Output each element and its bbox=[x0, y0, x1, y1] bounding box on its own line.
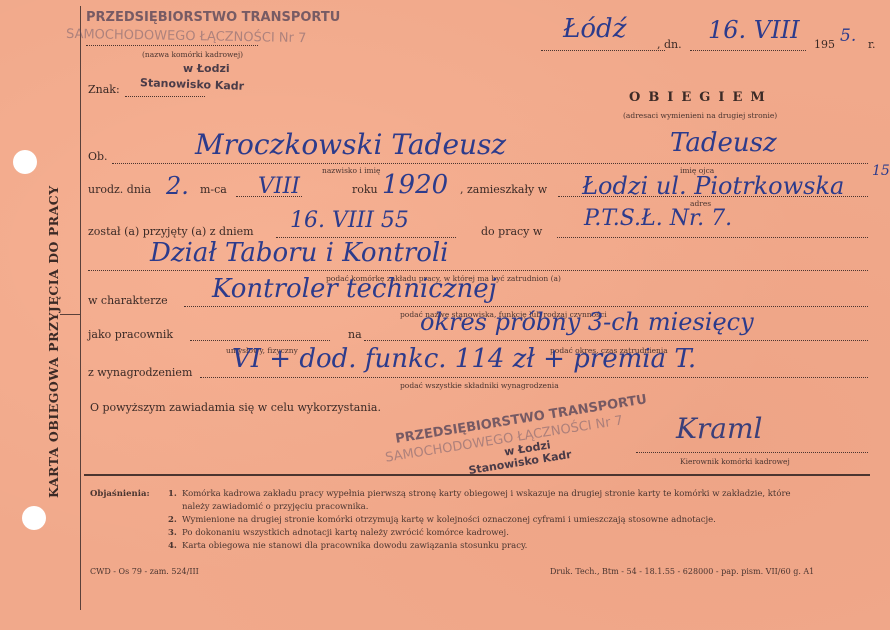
workplace-label: do pracy w bbox=[481, 225, 542, 238]
role-label: w charakterze bbox=[88, 294, 168, 307]
born-year-value: 1920 bbox=[382, 170, 448, 200]
note-number: 1. bbox=[168, 488, 182, 501]
unit-name-line bbox=[86, 45, 258, 46]
father-name-value: Tadeusz bbox=[670, 128, 777, 158]
routing-title: OBIEGIEM bbox=[629, 90, 773, 105]
hired-date-value: 16. VIII 55 bbox=[290, 208, 409, 233]
department-line bbox=[88, 270, 868, 271]
year-suffix: r. bbox=[868, 38, 876, 51]
salary-value: VI + dod. funkc. 114 zł + premia T. bbox=[232, 344, 696, 374]
period-line bbox=[364, 340, 868, 341]
note-item: 4. Karta obiegowa nie stanowi dla pracow… bbox=[90, 540, 872, 553]
note-text: Po dokonaniu wszystkich adnotacji kartę … bbox=[182, 527, 872, 540]
notes-heading: Objaśnienia: bbox=[90, 488, 168, 501]
routing-subtitle: (adresaci wymienieni na drugiej stronie) bbox=[623, 111, 777, 120]
period-value: okres próbny 3-ch miesięcy bbox=[420, 308, 754, 336]
salary-caption: podać wszystkie składniki wynagrodzenia bbox=[400, 381, 559, 390]
note-number: 4. bbox=[168, 540, 182, 553]
role-value: Kontroler technicznej bbox=[212, 274, 497, 304]
sign-field bbox=[125, 96, 205, 97]
city-value: Łódź bbox=[563, 14, 626, 44]
note-number: 2. bbox=[168, 514, 182, 527]
workplace-value: P.T.S.Ł. Nr. 7. bbox=[584, 206, 732, 231]
born-day-value: 2. bbox=[166, 172, 189, 200]
divider bbox=[84, 474, 870, 476]
note-text: należy zawiadomić o przyjęciu pracownika… bbox=[182, 501, 872, 514]
footer-left: CWD - Os 79 - zam. 524/III bbox=[90, 567, 199, 576]
note-text: Wymienione na drugiej stronie komórki ot… bbox=[182, 514, 872, 527]
hired-label: został (a) przyjęty (a) z dniem bbox=[88, 225, 254, 238]
salary-line bbox=[200, 377, 868, 378]
worker-type-line bbox=[190, 340, 330, 341]
form-side-title: KARTA OBIEGOWA PRZYJĘCIA DO PRACY bbox=[46, 185, 61, 498]
name-line bbox=[112, 163, 868, 164]
punch-hole bbox=[22, 506, 46, 530]
notice-text: O powyższym zawiadamia się w celu wykorz… bbox=[90, 401, 381, 414]
sign-label: Znak: bbox=[88, 83, 120, 96]
fold-mark bbox=[60, 314, 80, 315]
stamp-company-line1: PRZEDSIĘBIORSTWO TRANSPORTU bbox=[86, 10, 340, 25]
date-day-label: , dn. bbox=[657, 38, 682, 51]
residence-number: 15 bbox=[872, 163, 890, 179]
city-line bbox=[541, 50, 665, 51]
notes-section: Objaśnienia: 1. Komórka kadrowa zakładu … bbox=[90, 488, 872, 553]
unit-name-caption: (nazwa komórki kadrowej) bbox=[142, 50, 243, 59]
role-line bbox=[184, 306, 868, 307]
signature-line bbox=[636, 452, 868, 453]
born-label: urodz. dnia bbox=[88, 183, 151, 196]
note-text: Karta obiegowa nie stanowi dla pracownik… bbox=[182, 540, 872, 553]
year-value: 5. bbox=[840, 26, 856, 46]
ob-label: Ob. bbox=[88, 150, 108, 163]
month-label: m-ca bbox=[200, 183, 227, 196]
footer-right: Druk. Tech., Btm - 54 - 18.1.55 - 628000… bbox=[550, 567, 814, 576]
signature-caption: Kierownik komórki kadrowej bbox=[680, 457, 790, 466]
workplace-line bbox=[557, 237, 868, 238]
date-value: 16. VIII bbox=[708, 16, 800, 44]
date-line bbox=[690, 50, 806, 51]
signature-value: Kraml bbox=[676, 412, 763, 445]
margin-rule bbox=[80, 6, 81, 610]
year-prefix: 195 bbox=[814, 38, 835, 51]
salary-label: z wynagrodzeniem bbox=[88, 366, 192, 379]
punch-hole bbox=[13, 150, 37, 174]
year-label: roku bbox=[352, 183, 378, 196]
note-item: Objaśnienia: 1. Komórka kadrowa zakładu … bbox=[90, 488, 872, 501]
residence-label: , zamieszkały w bbox=[460, 183, 547, 196]
note-number bbox=[168, 501, 182, 514]
name-value: Mroczkowski Tadeusz bbox=[195, 128, 506, 161]
note-number: 3. bbox=[168, 527, 182, 540]
name-caption: nazwisko i imię bbox=[322, 166, 381, 175]
note-item: 2. Wymienione na drugiej stronie komórki… bbox=[90, 514, 872, 527]
note-item: 3. Po dokonaniu wszystkich adnotacji kar… bbox=[90, 527, 872, 540]
stamp-city: w Łodzi bbox=[183, 62, 230, 75]
period-label: na bbox=[348, 328, 362, 341]
born-month-value: VIII bbox=[258, 174, 300, 199]
note-item: należy zawiadomić o przyjęciu pracownika… bbox=[90, 501, 872, 514]
note-text: Komórka kadrowa zakładu pracy wypełnia p… bbox=[182, 488, 872, 501]
department-value: Dział Taboru i Kontroli bbox=[150, 238, 448, 268]
residence-value: Łodzi ul. Piotrkowska bbox=[582, 172, 844, 200]
worker-label: jako pracownik bbox=[88, 328, 173, 341]
